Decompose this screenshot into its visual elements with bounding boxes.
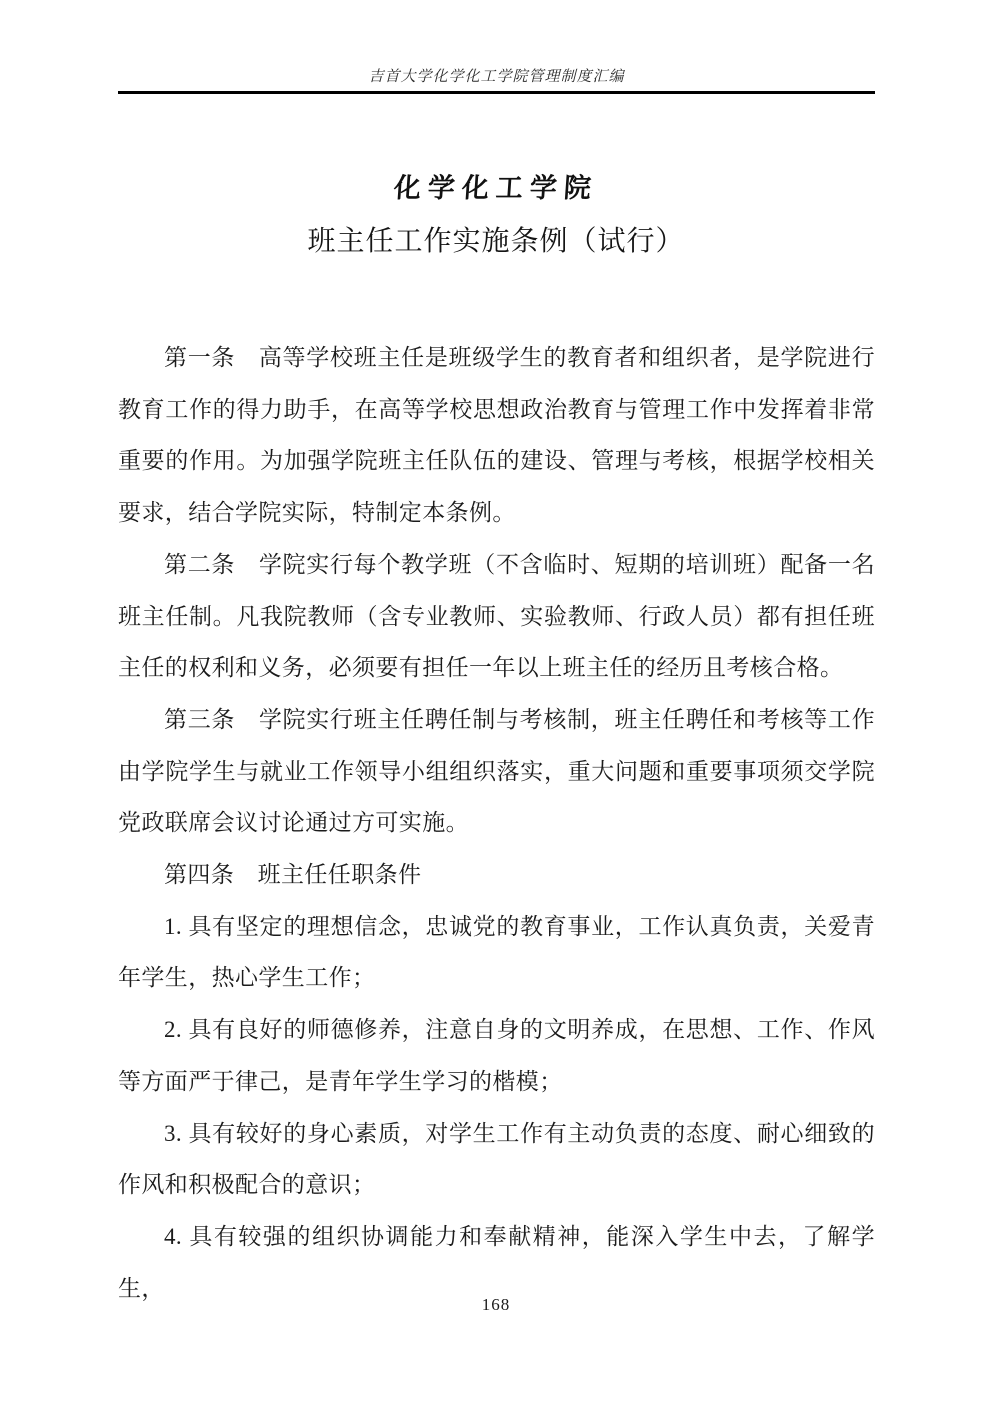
paragraph-article-3: 第三条 学院实行班主任聘任制与考核制，班主任聘任和考核等工作由学院学生与就业工作… xyxy=(118,694,875,849)
paragraph-condition-2: 2. 具有良好的师德修养，注意自身的文明养成，在思想、工作、作风等方面严于律己，… xyxy=(118,1004,875,1107)
paragraph-article-2: 第二条 学院实行每个教学班（不含临时、短期的培训班）配备一名班主任制。凡我院教师… xyxy=(118,539,875,694)
paragraph-condition-3: 3. 具有较好的身心素质，对学生工作有主动负责的态度、耐心细致的作风和积极配合的… xyxy=(118,1108,875,1211)
document-body: 第一条 高等学校班主任是班级学生的教育者和组织者，是学院进行教育工作的得力助手，… xyxy=(118,332,875,1314)
college-title: 化学化工学院 xyxy=(0,166,992,205)
document-page: 吉首大学化学化工学院管理制度汇编 化学化工学院 班主任工作实施条例（试行） 第一… xyxy=(0,0,992,1403)
paragraph-article-1: 第一条 高等学校班主任是班级学生的教育者和组织者，是学院进行教育工作的得力助手，… xyxy=(118,332,875,539)
header-booklet-title: 吉首大学化学化工学院管理制度汇编 xyxy=(118,66,875,88)
page-number: 168 xyxy=(482,1295,511,1314)
paragraph-condition-1: 1. 具有坚定的理想信念，忠诚党的教育事业，工作认真负责，关爱青年学生，热心学生… xyxy=(118,901,875,1004)
running-header: 吉首大学化学化工学院管理制度汇编 xyxy=(118,66,875,88)
page-footer: 168 xyxy=(0,1295,992,1315)
document-title: 班主任工作实施条例（试行） xyxy=(0,219,992,259)
paragraph-article-4-heading: 第四条 班主任任职条件 xyxy=(118,849,875,901)
header-rule xyxy=(118,91,875,94)
